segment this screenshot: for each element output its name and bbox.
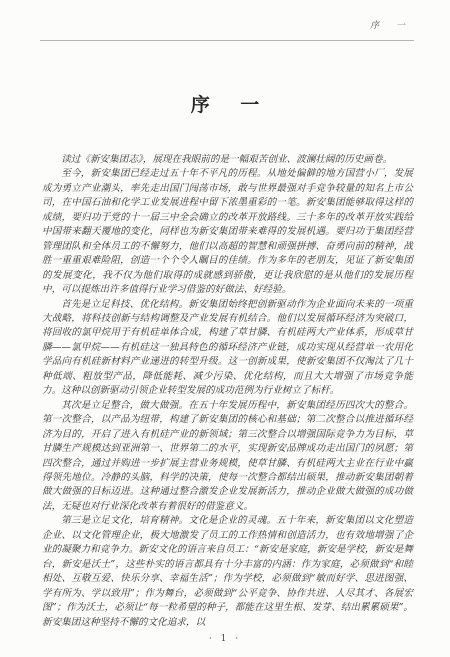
paragraph-intro: 读过《新安集团志》，展现在我眼前的是一幅艰苦创业、波澜壮阔的历史画卷。 [42, 153, 413, 167]
paragraph-technology: 首先是立足科技、优化结构。新安集团始终把创新驱动作为企业面向未来的一项重大战略，… [42, 298, 413, 399]
body-text: 读过《新安集团志》，展现在我眼前的是一幅艰苦创业、波澜壮阔的历史画卷。 至今，新… [42, 153, 413, 630]
paragraph-integration: 其次是立足整合，做大做强。在五十年发展历程中，新安集团经历四次大的整合。第一次整… [42, 399, 413, 515]
book-page: 序 一 序 一 读过《新安集团志》，展现在我眼前的是一幅艰苦创业、波澜壮阔的历史… [0, 0, 450, 657]
page-title: 序 一 [0, 90, 450, 117]
paragraph-history: 至今，新安集团已经走过五十年不平凡的历程。从地处偏僻的地方国营小厂，发展成为勇立… [42, 167, 413, 297]
running-header: 序 一 [40, 18, 412, 31]
page-number: · 1 · [0, 634, 450, 644]
paragraph-culture: 第三是立足文化，培育精神。文化是企业的灵魂。五十年来，新安集团以文化塑造企业、以… [42, 514, 413, 630]
header-rule [40, 40, 414, 41]
